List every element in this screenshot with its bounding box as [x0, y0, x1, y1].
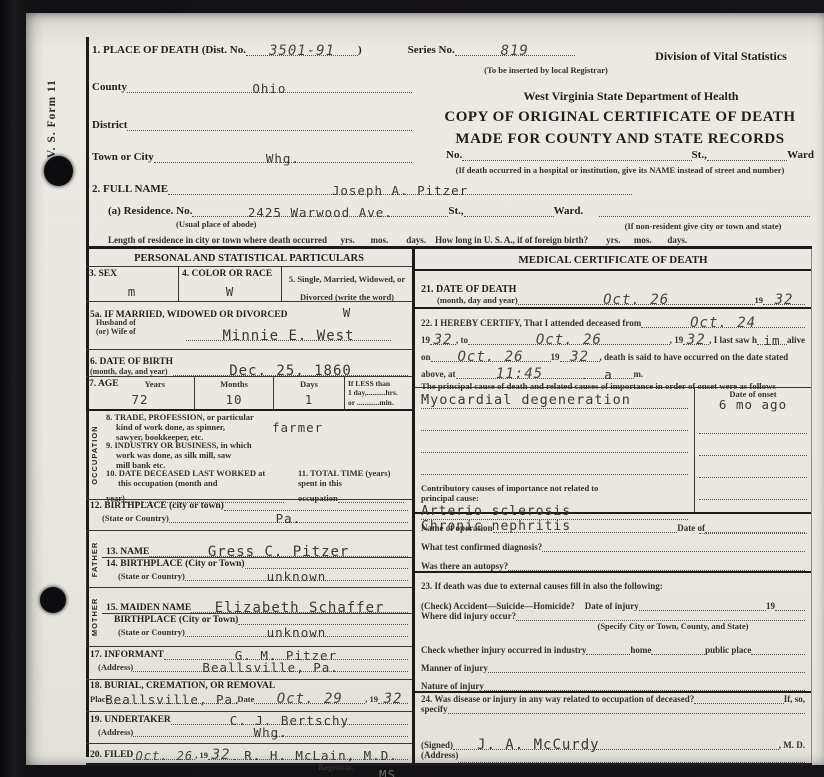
injury-industry-label: Check whether injury occurred in industr…: [421, 645, 586, 655]
dod-19-label: 19: [755, 295, 764, 305]
time-of-death-field: 11:45: [456, 366, 584, 379]
ward2-label: Ward.: [554, 205, 584, 217]
marital-cell: 5. Single, Married, Widowed, or Divorced…: [282, 267, 412, 301]
attended-from-value: Oct. 24: [690, 315, 756, 331]
certify-to-label: , to: [456, 335, 468, 345]
mother-bp-line2: (State or Country) unknown: [106, 625, 408, 637]
blank-cause-line-3: [421, 459, 688, 475]
series-no-field: 819: [455, 43, 575, 56]
trade-label-1: 8. TRADE, PROFESSION, or particular: [106, 412, 254, 422]
blank-cause-line-1: [421, 415, 688, 431]
birthplace-row: 12. BIRTHPLACE (city or town) (State or …: [86, 500, 412, 531]
autopsy-field: [508, 570, 805, 571]
informant-address-field: Beallsville, Pa.: [133, 660, 408, 672]
specify-field: [448, 713, 806, 714]
nature-field: [484, 690, 805, 691]
external-causes-row: 23. If death was due to external causes …: [415, 573, 811, 591]
burial-row: 18. BURIAL, CREMATION, OR REMOVAL Place …: [86, 680, 412, 713]
burial-date-value: Oct. 29: [277, 691, 343, 707]
contributory-caption-1: Contributory causes of importance not re…: [421, 483, 688, 493]
informant-address-value: Beallsville, Pa.: [202, 660, 338, 675]
onset-value: 6 mo ago: [699, 397, 807, 412]
dod-label: 21. DATE OF DEATH: [421, 284, 518, 295]
trade-label-block: 8. TRADE, PROFESSION, or particular kind…: [106, 412, 254, 442]
dod-label-block: 21. DATE OF DEATH (month, day and year): [421, 284, 518, 305]
burial-line2: Place Beallsville, Pa. Date Oct. 29 , 19…: [90, 691, 408, 704]
burial-date-label: Date: [237, 694, 254, 704]
him-field: im: [757, 333, 787, 345]
age-label: 7. AGE: [89, 379, 119, 389]
less-label-1: If LESS than: [348, 379, 409, 388]
marital-label-line2: Divorced (write the word): [300, 292, 394, 302]
undertaker-address-value: Whg.: [254, 725, 288, 740]
undertaker-address-field: Whg.: [133, 725, 408, 737]
age-header: 7. AGE Years: [89, 379, 191, 389]
ms-stamp: MS: [379, 767, 396, 777]
nonresident-note: (If non-resident give city or town and s…: [596, 221, 810, 231]
burial-year-value: 32: [384, 691, 403, 707]
registrar-name-value: R. H. McLain, M.D.: [244, 748, 397, 763]
total-time-label-1: 11. TOTAL TIME (years): [298, 468, 404, 478]
left-column-title: PERSONAL AND STATISTICAL PARTICULARS: [86, 249, 412, 267]
industry-label-1: 9. INDUSTRY OR BUSINESS, in which: [106, 440, 252, 450]
dod-sub-label: (month, day and year): [421, 295, 518, 305]
st2-field: [464, 216, 554, 217]
copy-title-line2: MADE FOR COUNTY AND STATE RECORDS: [422, 131, 818, 148]
husband-wife-labels: Husband of (or) Wife of: [96, 318, 136, 336]
nature-row: Nature of injury: [415, 673, 811, 693]
undertaker-row: 19. UNDERTAKER C. J. Bertschy (Address) …: [86, 712, 412, 744]
burial-place-value: Beallsville, Pa.: [105, 692, 241, 707]
color-race-value: W: [182, 284, 278, 299]
occupation-related-line2: specify: [421, 704, 805, 714]
operation-label: Name of operation: [421, 523, 493, 533]
on-label: on: [421, 352, 431, 362]
filed-date-field: Oct. 26: [133, 749, 195, 760]
no-label: No.: [446, 149, 462, 161]
manner-label: Manner of injury: [421, 663, 488, 673]
trade-label-2: kind of work done, as spinner,: [106, 422, 254, 432]
last-saw-label: , I last saw h: [709, 335, 757, 345]
onset-blank-4: [699, 484, 807, 500]
undertaker-name-field: C. J. Bertschy: [171, 713, 408, 725]
occupation-related-line1: 24. Was disease or injury in any way rel…: [421, 694, 805, 704]
full-name-label: 2. FULL NAME: [92, 183, 168, 195]
sex-value: m: [89, 284, 175, 299]
father-bp-sub-label: (State or Country): [106, 571, 185, 581]
age-years-value: 72: [89, 392, 191, 407]
filed-19-label: , 19: [195, 750, 208, 760]
am-pm-field: a: [584, 367, 634, 379]
spouse-value: Minnie E. West: [222, 328, 354, 344]
maiden-name-field: Elizabeth Schaffer: [191, 600, 408, 613]
onset-blank-1: [699, 418, 807, 434]
burial-date-field: Oct. 29: [254, 691, 365, 704]
father-birthplace-row: 14. BIRTHPLACE (City or Town) (State or …: [102, 558, 412, 587]
onset-blank-2: [699, 440, 807, 456]
last-worked-block: 10. DATE DECEASED LAST WORKED at this oc…: [106, 468, 284, 503]
mother-bp-sub-label: (State or Country): [106, 627, 185, 637]
injury-19-label: 19: [766, 601, 775, 611]
industry-label-2: work was done, as silk mill, saw: [106, 450, 252, 460]
mother-name-row: 15. MAIDEN NAME Elizabeth Schaffer: [102, 588, 412, 614]
certify-row: 22. I HEREBY CERTIFY, That I attended de…: [415, 309, 811, 388]
certify-19b: , 19: [670, 335, 684, 345]
cause-left-cell: Myocardial degeneration Contributory cau…: [415, 388, 695, 512]
total-time-label-2: spent in this: [298, 478, 404, 488]
filed-year-field: 32: [208, 747, 234, 760]
color-race-label: 4. COLOR OR RACE: [182, 269, 278, 279]
home-label: home: [630, 645, 651, 655]
father-bp-line2: (State or Country) unknown: [106, 569, 408, 581]
birthplace-label: 12. BIRTHPLACE (city or town): [90, 501, 224, 511]
father-name-row: 13. NAME Gress C. Pitzer: [102, 531, 412, 558]
occupation-related-label: 24. Was disease or injury in any way rel…: [421, 694, 694, 704]
mother-main: 15. MAIDEN NAME Elizabeth Schaffer BIRTH…: [102, 588, 412, 646]
undertaker-line1: 19. UNDERTAKER C. J. Bertschy: [90, 713, 408, 725]
principal-cause-field: Myocardial degeneration: [421, 390, 688, 409]
less-label-3: or ............min.: [348, 398, 409, 407]
burial-label: 18. BURIAL, CREMATION, OR REMOVAL: [90, 681, 408, 691]
last-worked-label-2: this occupation (month and: [106, 478, 284, 488]
no-field: [462, 160, 691, 161]
dod-field: Oct. 26: [518, 292, 755, 305]
certify-year3-field: 32: [560, 349, 600, 362]
age-days-cell: Days 1: [274, 377, 345, 409]
total-time-block: 11. TOTAL TIME (years) spent in this occ…: [298, 468, 404, 503]
nature-label: Nature of injury: [421, 681, 484, 691]
contributory-caption-2: principal cause:: [421, 493, 688, 503]
full-name-value: Joseph A. Pitzer: [332, 183, 468, 198]
external-causes-label: 23. If death was due to external causes …: [421, 581, 663, 591]
dod-year-value: 32: [775, 292, 794, 308]
street-ward-line: No. St., Ward: [446, 149, 814, 161]
death-stated-label: , death is said to have occurred on the …: [600, 352, 789, 362]
age-years-cell: 7. AGE Years 72: [86, 377, 195, 409]
informant-address-label: (Address): [90, 662, 133, 672]
informant-line1: 17. INFORMANT G. M. Pitzer: [90, 648, 408, 660]
occupation-side-label: OCCUPATION: [86, 411, 102, 500]
last-seen-date: Oct. 26: [458, 349, 524, 365]
district-number-value: 3501-91: [269, 43, 335, 59]
accident-check-label: (Check) Accident—Suicide—Homicide?: [421, 601, 575, 611]
town-label: Town or City: [92, 151, 154, 163]
age-days-value: 1: [277, 392, 341, 407]
father-side-label: FATHER: [86, 531, 102, 587]
informant-row: 17. INFORMANT G. M. Pitzer (Address) Bea…: [86, 647, 412, 680]
series-note: (To be inserted by local Registrar): [446, 65, 646, 75]
certificate-body: PERSONAL AND STATISTICAL PARTICULARS 3. …: [86, 246, 812, 766]
him-value: im: [763, 333, 780, 348]
certify-year3: 32: [570, 349, 589, 365]
certify-line1: 22. I HEREBY CERTIFY, That I attended de…: [421, 311, 805, 328]
occupation-related-field: [694, 703, 783, 704]
if-so-label: If, so,: [784, 694, 805, 704]
last-seen-date-field: Oct. 26: [431, 349, 551, 362]
am-pm-value: a: [604, 367, 613, 382]
age-months-value: 10: [198, 392, 270, 407]
department-title: West Virginia State Department of Health: [446, 89, 816, 104]
physician-address-row: (Address): [415, 750, 811, 763]
public-place-label: public place: [705, 645, 751, 655]
trade-value: farmer: [272, 420, 323, 435]
wife-of-label: (or) Wife of: [96, 327, 136, 336]
birthplace-line1: 12. BIRTHPLACE (city or town): [90, 501, 408, 511]
county-line: County Ohio: [92, 81, 412, 93]
last-worked-field: [125, 502, 284, 503]
length-of-residence-line: Length of residence in city or town wher…: [108, 235, 687, 245]
injury-date-label: Date of injury: [585, 601, 639, 611]
full-name-line: 2. FULL NAME Joseph A. Pitzer: [92, 183, 632, 195]
birthplace-line2: (State or Country) Pa.: [90, 511, 408, 523]
place-of-death-label: 1. PLACE OF DEATH (Dist. No.: [92, 44, 246, 56]
county-value: Ohio: [252, 81, 286, 96]
mother-birthplace-value: unknown: [267, 625, 327, 640]
undertaker-address-label: (Address): [90, 727, 133, 737]
father-name-label: 13. NAME: [106, 547, 149, 557]
physician-signature-field: J. A. McCurdy: [453, 737, 779, 750]
age-months-cell: Months 10: [195, 377, 274, 409]
residence-field: 2425 Warwood Ave.: [192, 205, 448, 217]
m-label: m.: [634, 369, 644, 379]
father-main: 13. NAME Gress C. Pitzer 14. BIRTHPLACE …: [102, 531, 412, 587]
sex-color-marital-row: 3. SEX m 4. COLOR OR RACE W 5. Single, M…: [86, 267, 412, 302]
filed-year-value: 32: [212, 747, 231, 763]
principal-cause-value: Myocardial degeneration: [421, 392, 631, 408]
mother-birthplace-row: BIRTHPLACE (City or Town) (State or Coun…: [102, 614, 412, 646]
attended-to-value: Oct. 26: [536, 332, 602, 348]
informant-line2: (Address) Beallsville, Pa.: [90, 660, 408, 672]
where-injury-row: Where did injury occur? (Specify City or…: [415, 611, 811, 637]
filed-label: 20. FILED: [90, 750, 133, 760]
alive-label: alive: [787, 335, 805, 345]
less-than-day-cell: If LESS than 1 day,..........hrs. or ...…: [345, 377, 412, 409]
last-worked-line: year): [106, 493, 284, 503]
color-race-cell: 4. COLOR OR RACE W: [179, 267, 282, 301]
marital-label: 5. Single, Married, Widowed, or Divorced…: [285, 269, 409, 305]
autopsy-row: Was there an autopsy?: [415, 552, 811, 573]
father-birthplace-label: 14. BIRTHPLACE (City or Town): [106, 559, 245, 569]
father-bp-field: unknown: [185, 569, 408, 581]
medical-certificate-column: MEDICAL CERTIFICATE OF DEATH 21. DATE OF…: [415, 249, 812, 763]
specify-label: specify: [421, 704, 448, 714]
father-name-field: Gress C. Pitzer: [149, 544, 408, 557]
total-time-line: occupation: [298, 493, 404, 503]
certify-line3: on Oct. 26 19 32 , death is said to have…: [421, 345, 805, 362]
dod-value: Oct. 26: [603, 292, 669, 308]
dob-label-block: 6. DATE OF BIRTH (month, day, and year): [90, 357, 173, 376]
occupation-main: 8. TRADE, PROFESSION, or particular kind…: [102, 411, 412, 500]
operation-date-label: Date of: [677, 523, 705, 533]
punch-hole-top: [44, 156, 73, 186]
spouse-field: Minnie E. West: [186, 318, 391, 341]
certify-year2: 32: [687, 332, 706, 348]
less-label-2: 1 day,..........hrs.: [348, 388, 409, 397]
right-column-title: MEDICAL CERTIFICATE OF DEATH: [415, 249, 811, 271]
informant-name-field: G. M. Pitzer: [164, 648, 408, 660]
county-label: County: [92, 81, 127, 93]
mother-side-label: MOTHER: [86, 588, 102, 646]
mother-birthplace-label: BIRTHPLACE (City or Town): [106, 615, 238, 625]
above-at-label: above, at: [421, 369, 456, 379]
undertaker-label: 19. UNDERTAKER: [90, 715, 171, 725]
place-of-death-line: 1. PLACE OF DEATH (Dist. No. 3501-91 ) S…: [92, 43, 632, 56]
scanned-death-certificate: D. V. S. Form 11 1. PLACE OF DEATH (Dist…: [0, 0, 824, 777]
county-field: Ohio: [127, 81, 412, 93]
certify-19c: 19: [551, 352, 560, 362]
injury-location-row: Check whether injury occurred in industr…: [415, 636, 811, 655]
autopsy-label: Was there an autopsy?: [421, 561, 508, 571]
where-injury-note: (Specify City or Town, County, and State…: [421, 621, 805, 631]
st-field: [707, 160, 787, 161]
blank-cause-line-2: [421, 437, 688, 453]
residence-value: 2425 Warwood Ave.: [248, 205, 393, 220]
dob-label: 6. DATE OF BIRTH: [90, 357, 173, 367]
filed-line: 20. FILED Oct. 26 , 19 32 R. H. McLain, …: [90, 747, 408, 760]
sex-cell: 3. SEX m: [86, 267, 179, 301]
where-injury-label: Where did injury occur?: [421, 611, 516, 621]
spouse-row: 5a. IF MARRIED, WIDOWED OR DIVORCED Husb…: [86, 302, 412, 350]
town-field: Whg.: [154, 151, 412, 163]
cause-of-death-table: Myocardial degeneration Contributory cau…: [415, 388, 811, 514]
division-label: Division of Vital Statistics: [628, 49, 814, 64]
burial-19-label: , 19: [365, 694, 378, 704]
months-label: Months: [198, 379, 270, 389]
signed-row: (Signed) J. A. McCurdy , M. D.: [415, 728, 811, 750]
years-label: Years: [145, 379, 165, 389]
manner-row: Manner of injury: [415, 655, 811, 673]
certify-year1: 32: [434, 332, 453, 348]
certify-year1-field: 32: [430, 332, 456, 345]
last-worked-label-1: 10. DATE DECEASED LAST WORKED at: [106, 468, 284, 478]
onset-blank-3: [699, 462, 807, 478]
date-of-birth-row: 6. DATE OF BIRTH (month, day, and year) …: [86, 350, 412, 377]
personal-particulars-column: PERSONAL AND STATISTICAL PARTICULARS 3. …: [86, 249, 415, 763]
date-of-death-row: 21. DATE OF DEATH (month, day and year) …: [415, 271, 811, 309]
attended-from-field: Oct. 24: [641, 315, 805, 328]
birthplace-sub-label: (State or Country): [90, 513, 169, 523]
time-of-death-value: 11:45: [496, 366, 543, 382]
residence-label: (a) Residence. No.: [108, 205, 192, 217]
district-number-field: 3501-91: [246, 43, 358, 56]
paren-close: ): [358, 44, 362, 56]
sex-label: 3. SEX: [89, 269, 175, 279]
registrar-signature-field: R. H. McLain, M.D.: [234, 748, 408, 760]
last-worked-label-3: year): [106, 493, 125, 503]
signed-label: (Signed): [421, 740, 453, 750]
dob-sub-label: (month, day, and year): [90, 367, 173, 376]
onset-cell: Date of onset 6 mo ago: [695, 388, 811, 512]
test-row: What test confirmed diagnosis?: [415, 533, 811, 552]
certificate-paper: D. V. S. Form 11 1. PLACE OF DEATH (Dist…: [26, 13, 824, 765]
birthplace-field: Pa.: [169, 511, 408, 523]
district-label: District: [92, 119, 127, 131]
md-label: , M. D.: [779, 740, 805, 750]
days-label: Days: [277, 379, 341, 389]
where-injury-line: Where did injury occur?: [421, 611, 805, 621]
husband-of-label: Husband of: [96, 318, 136, 327]
attended-to-field: Oct. 26: [468, 332, 670, 345]
town-line: Town or City Whg.: [92, 151, 412, 163]
maiden-name-label: 15. MAIDEN NAME: [106, 603, 191, 613]
town-value: Whg.: [266, 151, 300, 166]
nonresident-field: [599, 216, 810, 217]
st-label: St.,: [692, 149, 707, 161]
district-line: District: [92, 119, 412, 131]
hospital-note: (If death occurred in a hospital or inst…: [424, 165, 816, 175]
punch-hole-bottom: [40, 587, 66, 613]
certify-year2-field: 32: [683, 332, 709, 345]
occupation-related-row: 24. Was disease or injury in any way rel…: [415, 693, 811, 729]
dob-field: Dec. 25, 1860: [173, 363, 408, 376]
operation-row: Name of operation Date of: [415, 514, 811, 534]
mother-block: MOTHER 15. MAIDEN NAME Elizabeth Schaffe…: [86, 588, 412, 647]
mother-bp-line1: BIRTHPLACE (City or Town): [106, 615, 408, 625]
industry-label-block: 9. INDUSTRY OR BUSINESS, in which work w…: [106, 440, 252, 470]
contributory-caption: Contributory causes of importance not re…: [421, 483, 688, 503]
filed-row: 20. FILED Oct. 26 , 19 32 R. H. McLain, …: [86, 744, 412, 763]
ward-label: Ward: [787, 149, 814, 161]
test-label: What test confirmed diagnosis?: [421, 542, 542, 552]
st2-label: St.,: [448, 205, 463, 217]
series-no-label: Series No.: [408, 44, 455, 56]
residence-line: (a) Residence. No. 2425 Warwood Ave. St.…: [108, 205, 810, 217]
filed-date-value: Oct. 26: [136, 749, 194, 763]
accident-check-row: (Check) Accident—Suicide—Homicide? Date …: [415, 591, 811, 611]
mother-bp-field: unknown: [185, 625, 408, 637]
marital-label-line1: 5. Single, Married, Widowed, or: [289, 274, 405, 284]
undertaker-line2: (Address) Whg.: [90, 725, 408, 737]
full-name-field: Joseph A. Pitzer: [168, 183, 632, 195]
informant-label: 17. INFORMANT: [90, 650, 164, 660]
father-birthplace-value: unknown: [267, 569, 327, 584]
series-no-value: 819: [501, 43, 529, 59]
birthplace-value: Pa.: [276, 511, 302, 526]
father-block: FATHER 13. NAME Gress C. Pitzer 14. BIRT…: [86, 531, 412, 588]
father-bp-line1: 14. BIRTHPLACE (City or Town): [106, 559, 408, 569]
burial-place-field: Beallsville, Pa.: [109, 692, 237, 704]
total-time-label-3: occupation: [298, 493, 338, 503]
burial-year-field: 32: [378, 691, 408, 704]
physician-address-label: (Address): [421, 750, 458, 760]
abode-note: (Usual place of abode): [176, 219, 257, 229]
registrar-label: Registrar.: [318, 762, 354, 772]
total-time-field: [338, 502, 404, 503]
certify-19a: 19: [421, 335, 430, 345]
certify-text-1: 22. I HEREBY CERTIFY, That I attended de…: [421, 318, 641, 328]
district-field: [127, 130, 412, 131]
age-row: 7. AGE Years 72 Months 10 Days 1 If LESS…: [86, 377, 412, 411]
copy-title-line1: COPY OF ORIGINAL CERTIFICATE OF DEATH: [422, 109, 818, 126]
physician-address-field: [458, 750, 805, 763]
occupation-block: OCCUPATION 8. TRADE, PROFESSION, or part…: [86, 411, 412, 501]
dod-year-field: 32: [763, 292, 805, 305]
